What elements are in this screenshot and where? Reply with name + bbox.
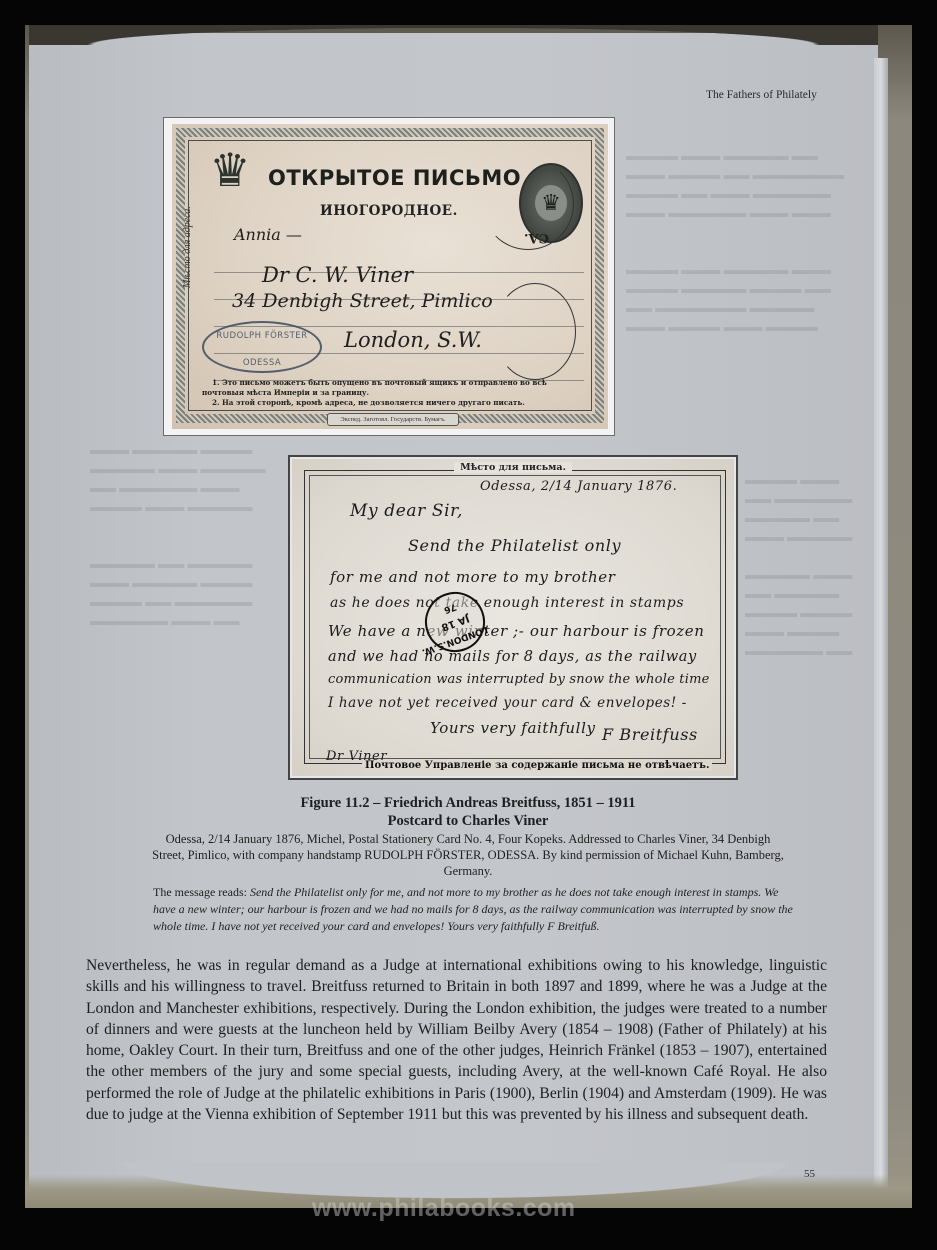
handwritten-line-2: Dr C. W. Viner [262, 263, 413, 287]
card-instruction-1: 1. Это письмо можетъ быть опущено въ поч… [202, 378, 582, 398]
figure-subtitle: Postcard to Charles Viner [150, 812, 786, 830]
body-paragraph: Nevertheless, he was in regular demand a… [86, 955, 827, 1125]
message-area-label-text: Мѣсто для письма. [454, 462, 572, 473]
postmark-text: CA. [524, 230, 549, 245]
page-number: 55 [804, 1168, 815, 1180]
letter-line: communication was interrupted by snow th… [328, 672, 710, 687]
letter-line: We have a new winter ;- our harbour is f… [328, 622, 705, 640]
post-office-disclaimer: Почтовое Управленіе за содержаніе письма… [362, 760, 712, 771]
company-stamp-name: RUDOLPH FÖRSTER [204, 331, 320, 341]
page-top-shadow [29, 25, 878, 45]
letter-line: as he does not take enough interest in s… [330, 595, 684, 611]
message-area-label: Мѣсто для письма. [290, 462, 736, 473]
address-place-label: Мѣсто для адреса. [182, 206, 193, 288]
handwritten-line-3: 34 Denbigh Street, Pimlico [232, 290, 493, 312]
page-edge [874, 58, 888, 1204]
card-instruction-2: 2. На этой сторонѣ, кромѣ адреса, не доз… [202, 398, 582, 408]
message-lead: The message reads: [153, 885, 250, 899]
figure-caption: Figure 11.2 – Friedrich Andreas Breitfus… [150, 794, 786, 879]
signature: F Breitfuss [602, 725, 698, 744]
double-headed-eagle-icon: ♛ [200, 143, 260, 199]
letter-line: Send the Philatelist only [408, 536, 621, 555]
handwritten-line-1: Annia — [234, 225, 302, 244]
watermark: www.philabooks.com [312, 1194, 576, 1223]
letter-line: for me and not more to my brother [330, 568, 616, 586]
card-subtitle: ИНОГОРОДНОЕ. [320, 203, 458, 219]
figure-title: Figure 11.2 – Friedrich Andreas Breitfus… [150, 794, 786, 812]
letter-line: Odessa, 2/14 January 1876. [480, 479, 677, 494]
postcard-front-image: ♛ ОТКРЫТОЕ ПИСЬМО ИНОГОРОДНОЕ. ♛ CA. Мѣс… [163, 117, 615, 436]
company-handstamp: RUDOLPH FÖRSTER ODESSA [202, 321, 322, 373]
letter-line: and we had no mails for 8 days, as the r… [328, 649, 697, 665]
letter-line: I have not yet received your card & enve… [328, 695, 687, 711]
message-transcription: The message reads: Send the Philatelist … [153, 884, 793, 935]
card-title: ОТКРЫТОЕ ПИСЬМО [268, 166, 521, 190]
figure-description: Odessa, 2/14 January 1876, Michel, Posta… [150, 831, 786, 879]
printer-imprint: Экспед. Заготовл. Государств. Бумагъ. [327, 413, 459, 426]
company-stamp-city: ODESSA [204, 358, 320, 368]
running-head: The Fathers of Philately [706, 89, 817, 101]
letter-line: Yours very faithfully [430, 719, 596, 737]
letter-line: My dear Sir, [350, 501, 463, 521]
postcard-back-image: Мѣсто для письма. Odessa, 2/14 January 1… [288, 455, 738, 780]
card-instructions: 1. Это письмо можетъ быть опущено въ поч… [202, 378, 582, 408]
handwritten-line-4: London, S.W. [344, 328, 482, 352]
